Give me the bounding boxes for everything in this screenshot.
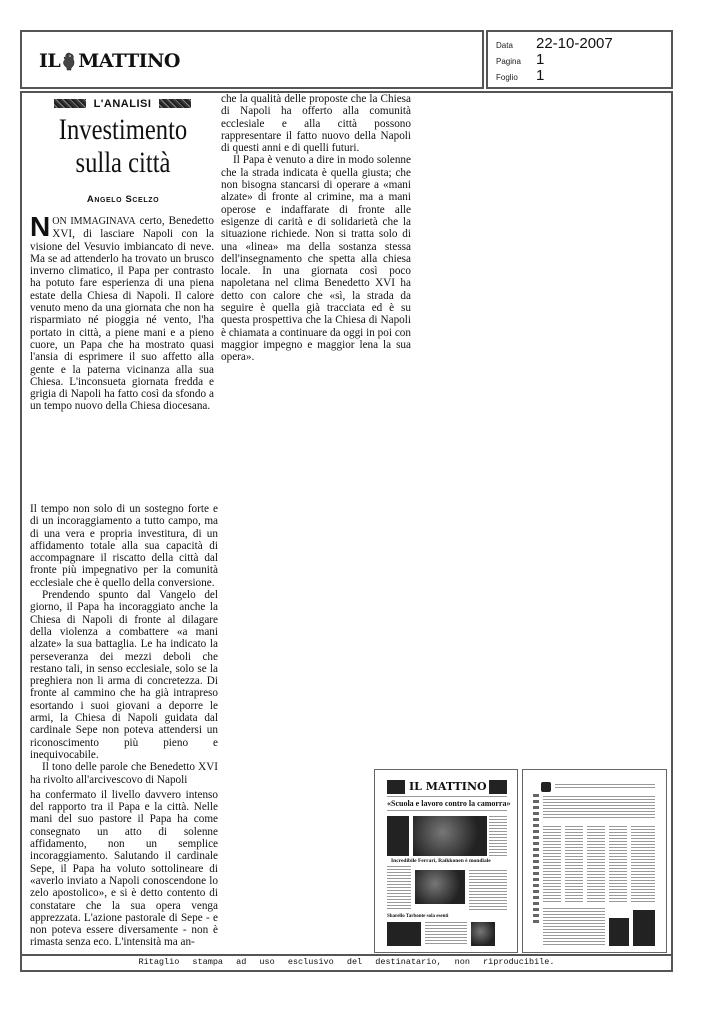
byline: Angelo Scelzo (28, 194, 218, 205)
section-kicker: L'ANALISI (30, 96, 215, 111)
thumb-headline: «Scuola e lavoro contro la camorra» (387, 799, 507, 808)
paragraph-4b: ha confermato il livello davvero intenso… (30, 789, 218, 949)
date-label: Data (496, 41, 536, 50)
sheet-row: Foglio 1 (496, 67, 544, 84)
col2-paragraph-2: Il Papa è venuto a dire in modo solenne … (221, 154, 411, 363)
newspaper-logo: IL MATTINO (39, 50, 180, 72)
thumb-subhead-2: Sbarello Tarbonte sola esenti (387, 914, 448, 919)
drop-cap: N (30, 216, 50, 238)
page-row: Pagina 1 (496, 51, 544, 68)
thumb2-dark-box-2 (633, 910, 655, 946)
thumb-main-photo (413, 816, 487, 856)
thumb2-author-photo (541, 782, 551, 792)
paragraph-2: Il tempo non solo di un sostegno forte e… (30, 503, 218, 589)
thumb-photo-bottom (471, 922, 495, 946)
sheet-value: 1 (536, 67, 544, 84)
thumb-subhead: Incredibile Ferrari, Raikkonen è mondial… (391, 858, 491, 864)
thumb2-col-4 (609, 826, 627, 904)
logo-text-right: MATTINO (78, 50, 180, 72)
thumb2-dark-box-1 (609, 918, 629, 946)
thumb-text-right-2 (469, 870, 507, 910)
date-value: 22-10-2007 (536, 35, 613, 52)
rooster-icon (61, 51, 77, 71)
thumb2-col-2 (565, 826, 583, 904)
kicker-bar-right (159, 99, 191, 108)
masthead-box: IL MATTINO (20, 30, 484, 89)
logo-text-left: IL (39, 50, 60, 72)
thumb-text-left (387, 866, 411, 911)
page-value: 1 (536, 51, 544, 68)
thumb2-col-1 (543, 826, 561, 904)
kicker-label: L'ANALISI (94, 98, 152, 110)
date-row: Data 22-10-2007 (496, 35, 613, 52)
sheet-label: Foglio (496, 73, 536, 82)
article-column-1: NON IMMAGINAVA certo, Benedetto XVI, di … (30, 215, 214, 413)
thumb-text-bottom (425, 922, 467, 946)
thumb2-col-5 (631, 826, 655, 904)
thumb2-bottom-text (543, 908, 605, 946)
page-label: Pagina (496, 57, 536, 66)
copyright-footer: Ritaglio stampa ad uso esclusivo del des… (22, 954, 671, 970)
clipping-frame: L'ANALISI Investimento sulla città Angel… (20, 91, 673, 972)
headline-line-2: sulla città (45, 146, 201, 179)
thumb-text-right (489, 816, 507, 856)
thumb-summary (387, 810, 507, 813)
kicker-bar-left (54, 99, 86, 108)
thumb-sport-photo (415, 870, 465, 904)
metadata-box: Data 22-10-2007 Pagina 1 Foglio 1 (486, 30, 673, 89)
thumb2-vertical-strip (533, 794, 539, 924)
front-page-thumbnail[interactable]: IL MATTINO «Scuola e lavoro contro la ca… (374, 769, 518, 953)
article-column-1-continued: Il tempo non solo di un sostegno forte e… (30, 503, 218, 949)
thumb-ad-left (387, 922, 421, 946)
lead-paragraph: NON IMMAGINAVA certo, Benedetto XVI, di … (30, 215, 214, 413)
inside-page-thumbnail[interactable] (522, 769, 667, 953)
thumb-logo: IL MATTINO (409, 780, 487, 793)
masthead-ear-right (489, 780, 507, 794)
thumb2-top-text (543, 796, 655, 820)
headline-line-1: Investimento (45, 113, 201, 146)
masthead-ear-left (387, 780, 405, 794)
paragraph-4a: Il tono delle parole che Benedetto XVI h… (30, 761, 218, 786)
article-column-2: che la qualità delle proposte che la Chi… (221, 93, 411, 364)
thumb2-col-3 (587, 826, 605, 904)
col2-paragraph-1: che la qualità delle proposte che la Chi… (221, 93, 411, 154)
paragraph-3: Prendendo spunto dal Vangelo del giorno,… (30, 589, 218, 761)
thumb-sidebar-box (387, 816, 409, 856)
thumb2-headline-lines (555, 784, 655, 790)
lead-smallcaps: ON IMMAGINAVA (52, 216, 135, 227)
article-headline: Investimento sulla città (45, 113, 201, 179)
lead-text: certo, Benedetto XVI, di lasciare Napoli… (30, 215, 214, 412)
